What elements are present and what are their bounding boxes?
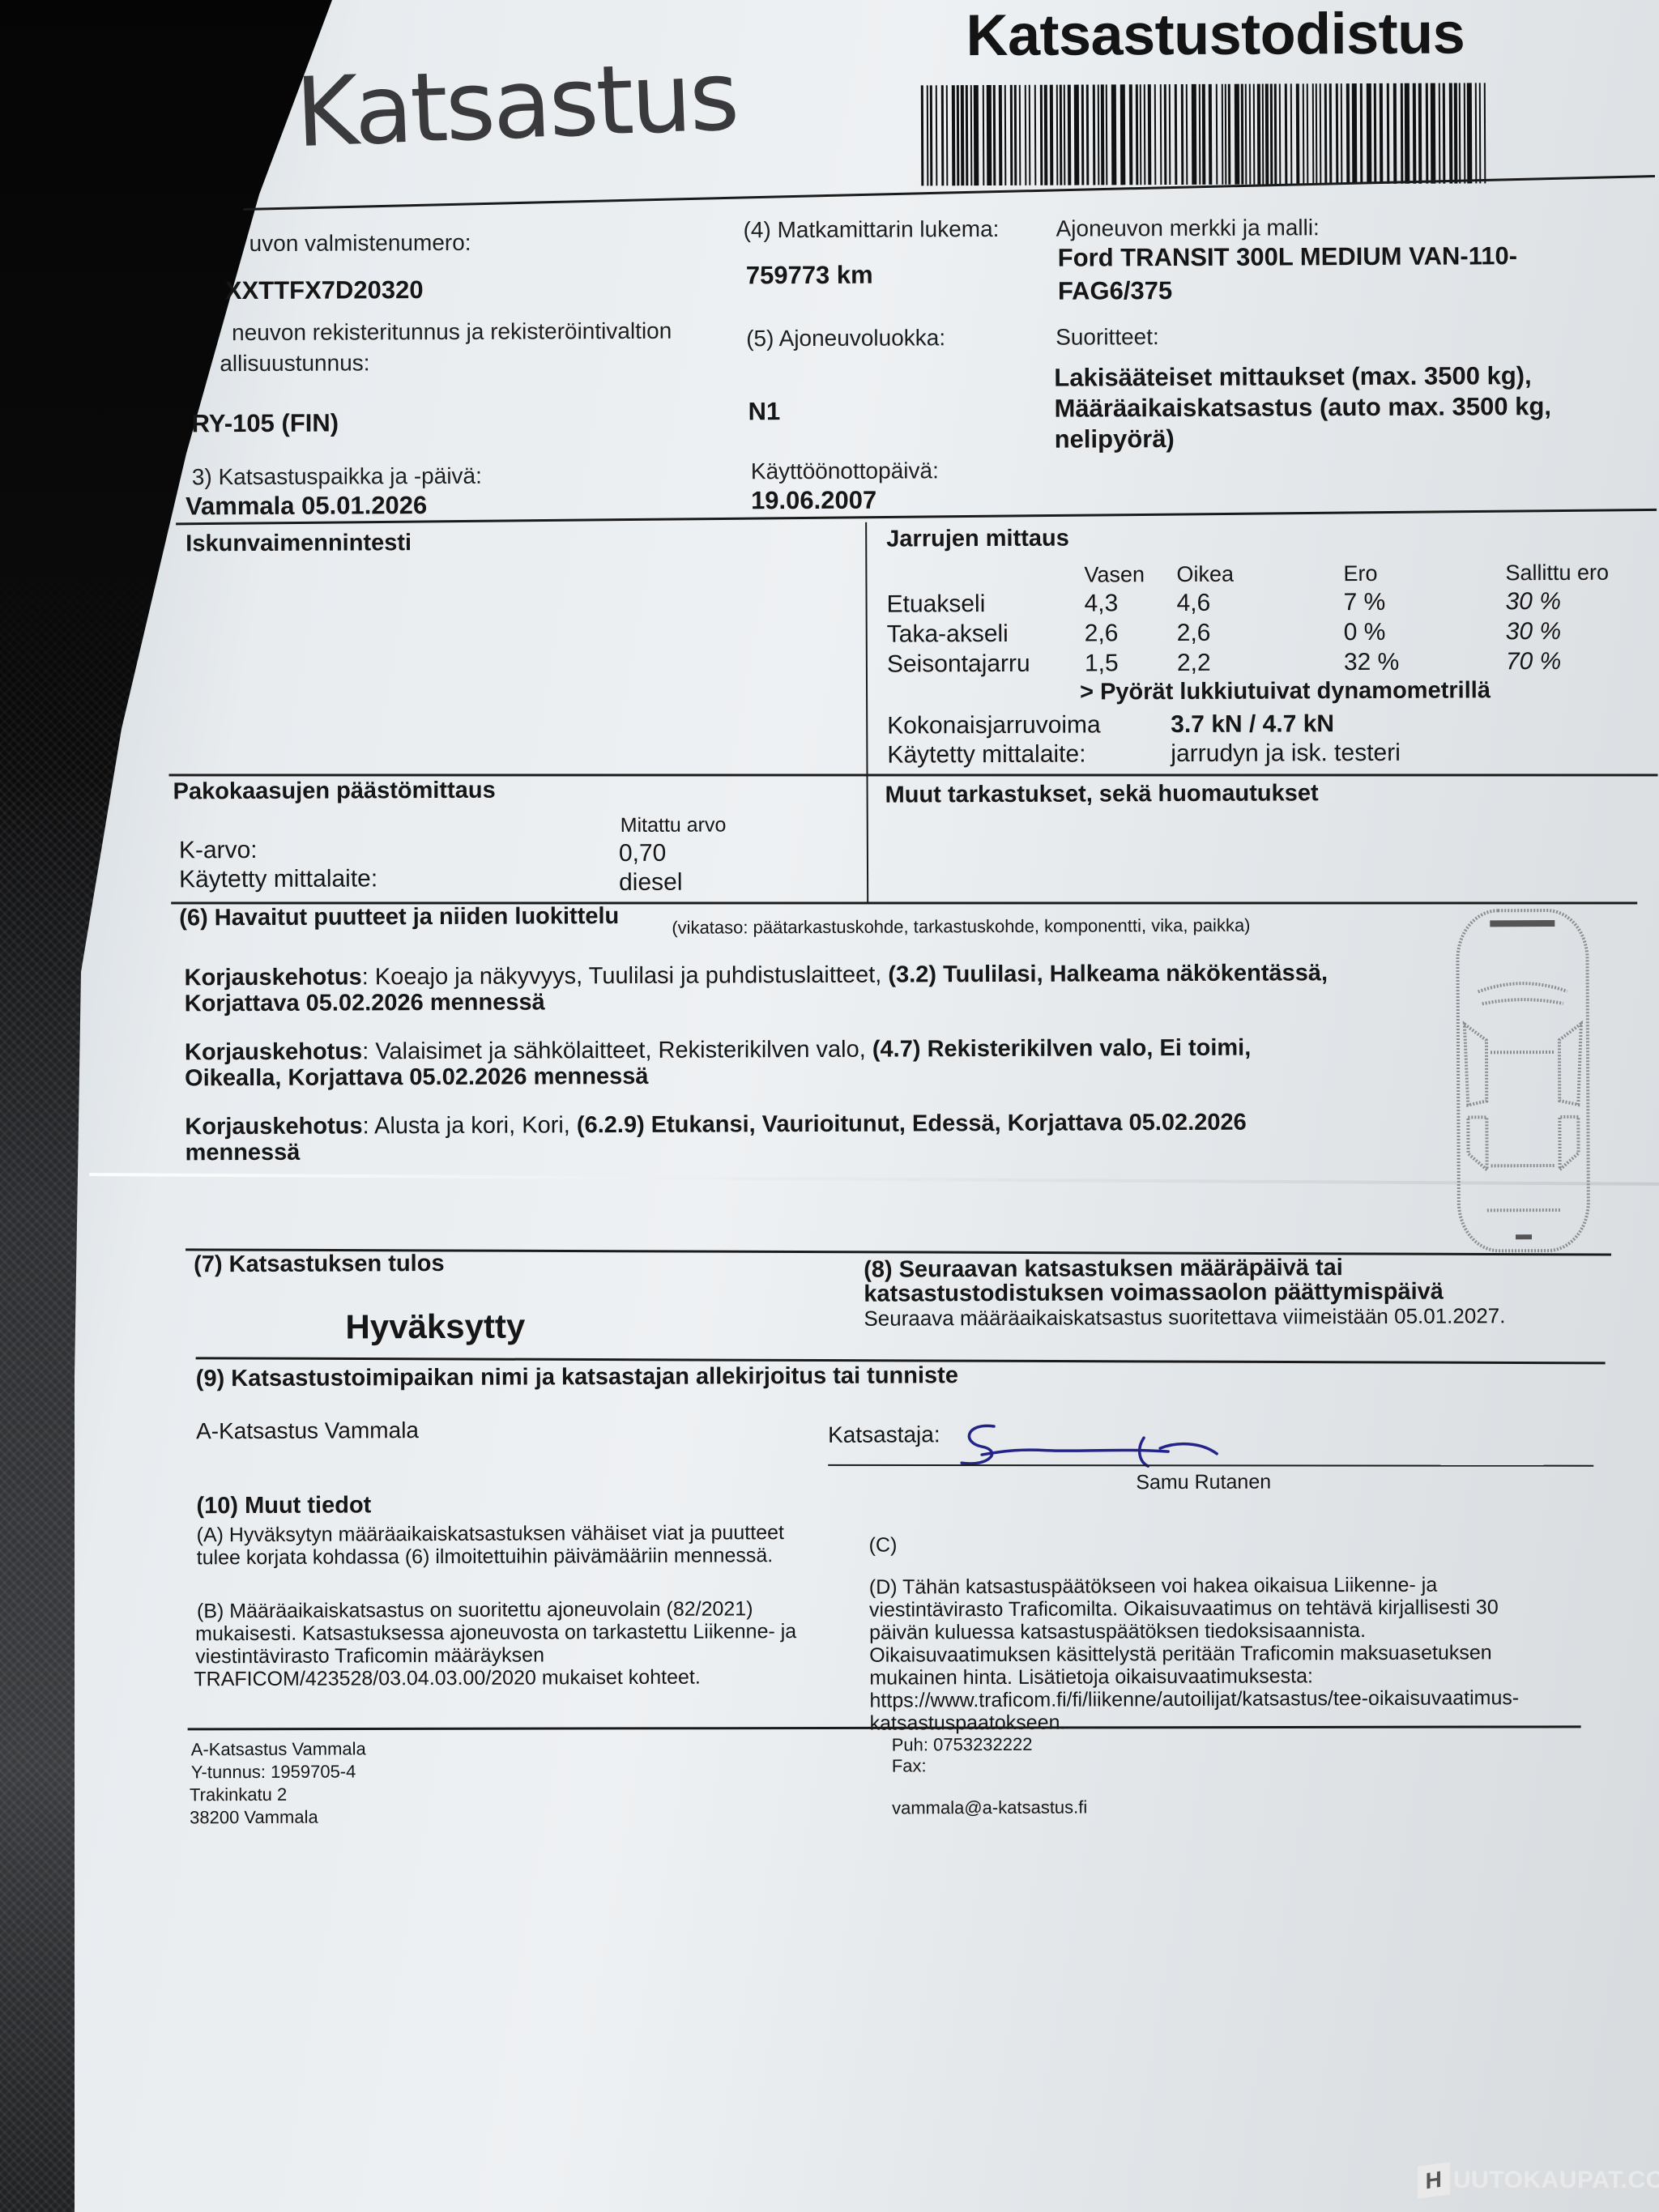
table-row: Seisontajarru 1,5 2,2 32 % 70 % [887,646,1610,679]
registration-label: neuvon rekisteritunnus ja rekisteröintiv… [232,318,672,347]
axle-name: Taka-akseli [887,618,1085,649]
defect-category: : Valaisimet ja sähkölaitteet, Rekisteri… [362,1037,872,1065]
left-value: 2,6 [1085,617,1177,647]
column-difference: Ero [1343,556,1505,586]
right-value: 4,6 [1176,586,1343,617]
huutokaupat-logo-icon: H [1418,2162,1450,2199]
other-info-d-3: päivän kuluessa katsastuspäätöksen tiedo… [869,1619,1366,1644]
brake-measurements-table: Vasen Oikea Ero Sallittu ero Etuakseli 4… [886,556,1609,679]
emissions-device-label: Käytetty mittalaite: [179,865,377,894]
column-right: Oikea [1176,556,1343,587]
huutokaupat-watermark: H UUTOKAUPAT.COM [1418,2164,1659,2197]
other-info-b-3: viestintävirasto Traficomin määräyksen [195,1643,544,1669]
services-value-3: nelipyörä) [1055,424,1175,454]
result-value: Hyväksytty [345,1307,525,1347]
defect-type: Korjauskehotus [185,1113,362,1140]
other-info-a: (A) Hyväksytyn määräaikaiskatsastuksen v… [197,1521,784,1547]
result-label: (7) Katsastuksen tulos [194,1251,445,1279]
difference-value: 32 % [1344,646,1506,676]
place-date-value: Vammala 05.01.2026 [186,491,427,521]
difference-value: 0 % [1344,616,1506,646]
difference-value: 7 % [1343,586,1505,616]
traficom-link[interactable]: https://www.traficom.fi/fi/liikenne/auto… [869,1686,1519,1712]
registration-value: RY-105 (FIN) [192,409,339,438]
total-brake-force-value: 3.7 kN / 4.7 kN [1171,710,1334,739]
defect-item: Korjauskehotus: Alusta ja kori, Kori, (6… [185,1109,1335,1166]
station-name: A-Katsastus Vammala [196,1417,419,1444]
defect-item: Korjauskehotus: Koeajo ja näkyvyys, Tuul… [185,960,1335,1017]
signature-line [828,1464,1593,1467]
left-value: 1,5 [1085,647,1177,677]
vin-value: XXTTFX7D20320 [225,275,424,305]
defect-item: Korjauskehotus: Valaisimet ja sähkölaitt… [185,1034,1335,1092]
watermark-text: UUTOKAUPAT.COM [1453,2167,1659,2194]
make-model-value-2: FAG6/375 [1058,276,1172,305]
make-model-label: Ajoneuvon merkki ja malli: [1056,215,1319,242]
barcode-icon [921,83,1497,185]
station-label: (9) Katsastustoimipaikan nimi ja katsast… [196,1362,958,1392]
odometer-label: (4) Matkamittarin lukema: [743,216,999,244]
emissions-device-value: diesel [619,869,683,897]
defects-title: (6) Havaitut puutteet ja niiden luokitte… [179,903,619,932]
footer-fax: Fax: [892,1755,927,1775]
allowed-value: 70 % [1506,646,1610,676]
services-value-2: Määräaikaiskatsastus (auto max. 3500 kg, [1054,392,1551,423]
brake-device-label: Käytetty mittalaite: [887,741,1085,770]
other-info-b-4: TRAFICOM/423528/03.04.03.00/2020 mukaise… [194,1666,700,1691]
katsastus-logo: Katsastus [293,40,739,168]
inspector-signature-icon [957,1417,1265,1476]
inspector-label: Katsastaja: [828,1421,940,1448]
divider [168,774,1657,776]
registration-label-2: allisuustunnus: [220,350,369,377]
inspector-name: Samu Rutanen [1136,1471,1271,1494]
traficom-link-2[interactable]: katsastuspaatokseen. [870,1711,1066,1736]
vehicle-class-value: N1 [748,397,780,426]
services-value-1: Lakisääteiset mittaukset (max. 3500 kg), [1054,361,1531,392]
first-use-label: Käyttöönottopäivä: [751,458,939,484]
defect-type: Korjauskehotus [185,1038,362,1065]
divider [865,522,868,903]
column-left: Vasen [1084,557,1176,587]
axle-name: Etuakseli [886,588,1084,619]
odometer-value: 759773 km [746,261,873,290]
brake-note: > Pyörät lukkiutuivat dynamometrillä [1080,677,1491,706]
emissions-title: Pakokaasujen päästömittaus [173,778,496,806]
document-title: Katsastustodistus [966,0,1465,69]
brake-device-value: jarrudyn ja isk. testeri [1171,739,1401,769]
right-value: 2,2 [1177,646,1344,677]
allowed-value: 30 % [1506,616,1610,646]
table-row: Taka-akseli 2,6 2,6 0 % 30 % [887,616,1610,649]
services-label: Suoritteet: [1056,324,1159,351]
footer-company: A-Katsastus Vammala [191,1738,366,1759]
other-checks-title: Muut tarkastukset, sekä huomautukset [885,780,1319,809]
total-brake-force-label: Kokonaisjarruvoima [887,711,1101,740]
other-info-b-2: mukaisesti. Katsastuksessa ajoneuvosta o… [195,1620,796,1646]
other-info-a-2: tulee korjata kohdassa (6) ilmoitettuihi… [197,1544,774,1570]
vin-label: uvon valmistenumero: [249,230,471,257]
other-info-d-5: mukainen hinta. Lisätietoja oikaisuvaati… [869,1664,1313,1690]
footer-city: 38200 Vammala [190,1807,318,1828]
k-value-label: K-arvo: [179,837,258,865]
left-value: 4,3 [1084,587,1176,617]
table-row: Etuakseli 4,3 4,6 7 % 30 % [886,586,1609,619]
other-info-d-2: viestintävirasto Traficomilta. Oikaisuva… [869,1596,1499,1622]
axle-name: Seisontajarru [887,648,1085,679]
make-model-value: Ford TRANSIT 300L MEDIUM VAN-110- [1058,241,1517,272]
other-info-c: (C) [869,1534,898,1558]
other-info-title: (10) Muut tiedot [196,1492,371,1519]
allowed-value: 30 % [1505,586,1609,616]
footer-business-id: Y-tunnus: 1959705-4 [191,1761,356,1782]
column-allowed-difference: Sallittu ero [1505,556,1609,586]
brake-header-row: Vasen Oikea Ero Sallittu ero [886,556,1609,589]
measured-value-header: Mitattu arvo [621,813,727,837]
footer-street: Trakinkatu 2 [190,1784,287,1805]
next-inspection-text: Seuraava määräaikaiskatsastus suoritetta… [864,1304,1505,1331]
footer-email[interactable]: vammala@a-katsastus.fi [892,1797,1087,1818]
defect-category: : Koeajo ja näkyvyys, Tuulilasi ja puhdi… [362,962,889,991]
right-value: 2,6 [1177,616,1344,647]
first-use-value: 19.06.2007 [751,486,876,515]
vehicle-class-label: (5) Ajoneuvoluokka: [746,325,945,352]
certificate-content: Katsastus Katsastustodistus uvon valmist… [0,0,1659,2212]
place-date-label: 3) Katsastuspaikka ja -päivä: [192,463,482,491]
defects-subtitle: (vikataso: päätarkastuskohde, tarkastusk… [672,915,1250,938]
other-info-b: (B) Määräaikaiskatsastus on suoritettu a… [197,1597,753,1623]
other-info-d-4: Oikaisuvaatimuksen käsittelystä peritään… [869,1641,1492,1667]
k-value: 0,70 [619,840,667,868]
shock-test-title: Iskunvaimennintesti [186,530,412,558]
car-top-view-icon [1441,902,1605,1259]
other-info-d: (D) Tähän katsastuspäätökseen voi hakea … [869,1574,1437,1600]
defect-category: : Alusta ja kori, Kori, [362,1112,576,1139]
brake-title: Jarrujen mittaus [886,526,1069,553]
footer-phone: Puh: 0753232222 [892,1734,1033,1755]
defect-type: Korjauskehotus [185,964,362,991]
